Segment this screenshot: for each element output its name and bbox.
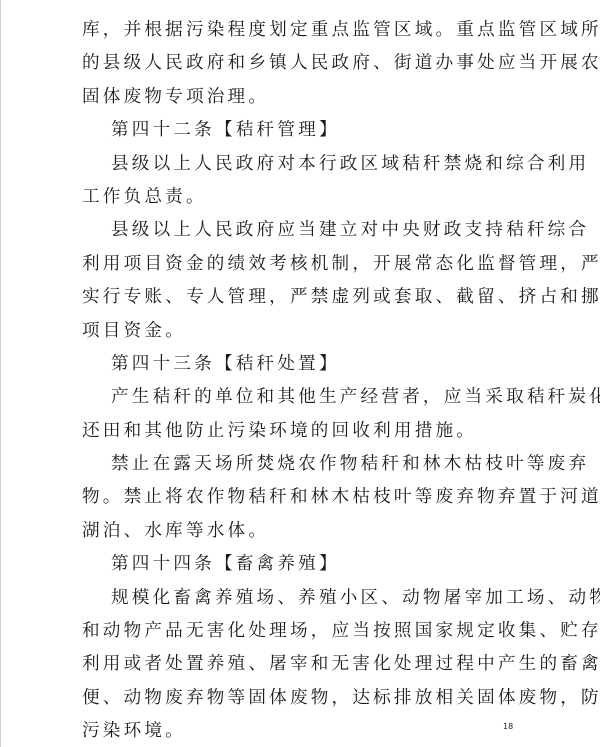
- document-body: 库，并根据污染程度划定重点监管区域。重点监管区域所在 的县级人民政府和乡镇人民政…: [82, 14, 514, 747]
- body-line: 工作负总责。: [82, 181, 514, 214]
- article-heading-42: 第四十二条【秸秆管理】: [82, 114, 514, 147]
- body-line: 污染环境。: [82, 715, 514, 747]
- page-number: 18: [503, 722, 513, 731]
- body-line: 和动物产品无害化处理场，应当按照国家规定收集、贮存、: [82, 615, 514, 648]
- body-line: 固体废物专项治理。: [82, 81, 514, 114]
- document-page: 库，并根据污染程度划定重点监管区域。重点监管区域所在 的县级人民政府和乡镇人民政…: [0, 0, 600, 747]
- body-line: 实行专账、专人管理，严禁虚列或套取、截留、挤占和挪用: [82, 281, 514, 314]
- body-line: 物。禁止将农作物秸秆和林木枯枝叶等废弃物弃置于河道、: [82, 481, 514, 514]
- body-line: 利用项目资金的绩效考核机制，开展常态化监督管理，严格: [82, 248, 514, 281]
- body-line: 县级以上人民政府应当建立对中央财政支持秸秆综合: [82, 214, 514, 247]
- body-line: 的县级人民政府和乡镇人民政府、街道办事处应当开展农业: [82, 47, 514, 80]
- body-line: 库，并根据污染程度划定重点监管区域。重点监管区域所在: [82, 14, 514, 47]
- body-line: 县级以上人民政府对本行政区域秸秆禁烧和综合利用: [82, 148, 514, 181]
- body-line: 便、动物废弃物等固体废物，达标排放相关固体废物，防止: [82, 682, 514, 715]
- body-line: 项目资金。: [82, 315, 514, 348]
- body-line: 还田和其他防止污染环境的回收利用措施。: [82, 415, 514, 448]
- body-line: 禁止在露天场所焚烧农作物秸秆和林木枯枝叶等废弃: [82, 448, 514, 481]
- article-heading-43: 第四十三条【秸秆处置】: [82, 348, 514, 381]
- article-heading-44: 第四十四条【畜禽养殖】: [82, 548, 514, 581]
- body-line: 规模化畜禽养殖场、养殖小区、动物屠宰加工场、动物: [82, 582, 514, 615]
- body-line: 产生秸秆的单位和其他生产经营者，应当采取秸秆炭化: [82, 381, 514, 414]
- body-line: 利用或者处置养殖、屠宰和无害化处理过程中产生的畜禽粪: [82, 648, 514, 681]
- body-line: 湖泊、水库等水体。: [82, 515, 514, 548]
